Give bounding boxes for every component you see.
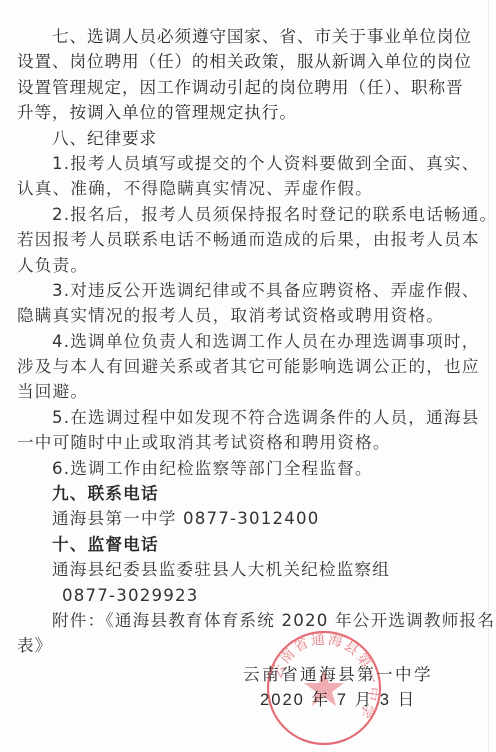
supervision-phone-line: 0877-3029923 <box>17 583 479 608</box>
page-edge-line <box>488 0 489 752</box>
rule-4-line-3: 当回避。 <box>17 379 479 404</box>
rule-1-line-1: 1.报考人员填写或提交的个人资料要做到全面、真实、 <box>17 151 479 176</box>
supervision-org-line: 通海县纪委县监委驻县人大机关纪检监察组 <box>17 557 479 582</box>
attachment-line-2: 表》 <box>17 633 479 658</box>
contact-phone-line: 通海县第一中学 0877-3012400 <box>17 506 479 531</box>
rule-5-line-1: 5.在选调过程中如发现不符合选调条件的人员，通海县 <box>17 405 479 430</box>
rule-4-line-2: 涉及与本人有回避关系或者其它可能影响选调公正的，也应 <box>17 354 479 379</box>
section-7-line-2: 设置、岗位聘用（任）的相关政策，服从新调入单位的岗位 <box>17 49 479 74</box>
section-7-line-4: 升等，按调入单位的管理规定执行。 <box>17 100 479 125</box>
rule-4-line-1: 4.选调单位负责人和选调工作人员在办理选调事项时， <box>17 329 479 354</box>
attachment-line-1: 附件：《通海县教育体育系统 2020 年公开选调教师报名 <box>17 608 479 633</box>
document-page: 七、选调人员必须遵守国家、省、市关于事业单位岗位 设置、岗位聘用（任）的相关政策… <box>0 0 496 752</box>
section-9-heading: 九、联系电话 <box>17 481 479 506</box>
signature-date: 2020 年 7 月 3 日 <box>243 687 443 712</box>
section-7-line-3: 设置管理规定，因工作调动引起的岗位聘用（任）、职称晋 <box>17 75 479 100</box>
rule-2-line-2: 若因报考人员联系电话不畅通而造成的后果，由报考人员本 <box>17 227 479 252</box>
signature-block: 云南省通海县第一中学 2020 年 7 月 3 日 <box>243 662 443 712</box>
rule-3-line-2: 隐瞒真实情况的报考人员，取消考试资格或聘用资格。 <box>17 303 479 328</box>
rule-5-line-2: 一中可随时中止或取消其考试资格和聘用资格。 <box>17 430 479 455</box>
rule-2-line-1: 2.报名后，报考人员须保持报名时登记的联系电话畅通。 <box>17 202 479 227</box>
section-10-heading: 十、监督电话 <box>17 532 479 557</box>
document-body: 七、选调人员必须遵守国家、省、市关于事业单位岗位 设置、岗位聘用（任）的相关政策… <box>17 24 479 659</box>
rule-6-line-1: 6.选调工作由纪检监察等部门全程监督。 <box>17 456 479 481</box>
signature-organization: 云南省通海县第一中学 <box>243 662 443 687</box>
rule-3-line-1: 3.对违反公开选调纪律或不具备应聘资格、弄虚作假、 <box>17 278 479 303</box>
section-7-line-1: 七、选调人员必须遵守国家、省、市关于事业单位岗位 <box>17 24 479 49</box>
rule-1-line-2: 认真、准确，不得隐瞒真实情况、弄虚作假。 <box>17 176 479 201</box>
rule-2-line-3: 人负责。 <box>17 253 479 278</box>
section-8-heading: 八、纪律要求 <box>17 126 479 151</box>
